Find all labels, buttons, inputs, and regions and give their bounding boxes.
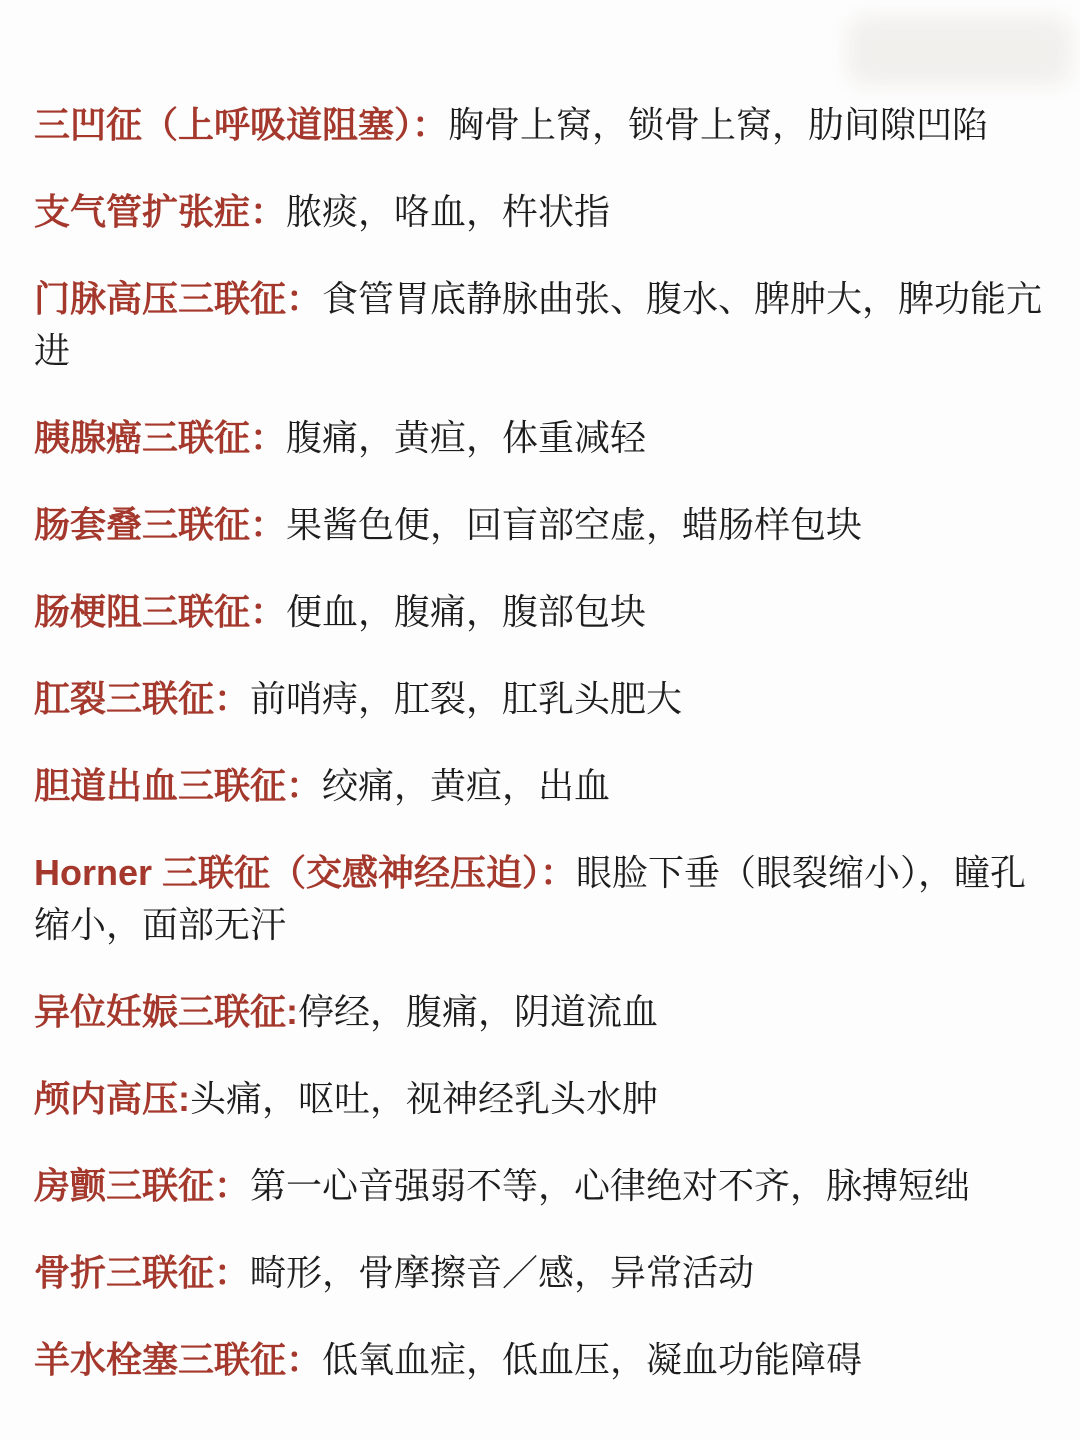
triad-term: 羊水栓塞三联征：: [34, 1339, 322, 1380]
triad-entry: 骨折三联征：畸形，骨摩擦音／感，异常活动: [34, 1247, 1062, 1299]
triad-entry: 胰腺癌三联征：腹痛，黄疸，体重减轻: [34, 412, 1062, 464]
triad-term: 三凹征（上呼吸道阻塞）：: [34, 104, 448, 145]
triad-entry: 门脉高压三联征：食管胃底静脉曲张、腹水、脾肿大，脾功能亢进: [34, 273, 1062, 377]
triad-entry: 支气管扩张症：脓痰，咯血，杵状指: [34, 186, 1062, 238]
triad-description: 畸形，骨摩擦音／感，异常活动: [250, 1252, 754, 1293]
triad-description: 便血，腹痛，腹部包块: [286, 591, 646, 632]
medical-triads-note: 三凹征（上呼吸道阻塞）：胸骨上窝，锁骨上窝，肋间隙凹陷 支气管扩张症：脓痰，咯血…: [0, 0, 1080, 1386]
triad-description: 第一心音强弱不等，心律绝对不齐，脉搏短绌: [250, 1165, 970, 1206]
triad-description: 前哨痔，肛裂，肛乳头肥大: [250, 678, 682, 719]
triad-description: 绞痛，黄疸，出血: [322, 765, 610, 806]
triad-term: 肛裂三联征：: [34, 678, 250, 719]
triad-description: 停经，腹痛，阴道流血: [298, 991, 658, 1032]
triad-entry: 异位妊娠三联征:停经，腹痛，阴道流血: [34, 986, 1062, 1038]
triad-description: 脓痰，咯血，杵状指: [286, 191, 610, 232]
triad-term: Horner 三联征（交感神经压迫）：: [34, 852, 576, 893]
triad-entry: 三凹征（上呼吸道阻塞）：胸骨上窝，锁骨上窝，肋间隙凹陷: [34, 99, 1062, 151]
triad-term: 骨折三联征：: [34, 1252, 250, 1293]
triad-description: 胸骨上窝，锁骨上窝，肋间隙凹陷: [448, 104, 988, 145]
triad-entry: 肠梗阻三联征：便血，腹痛，腹部包块: [34, 586, 1062, 638]
triad-term: 胰腺癌三联征：: [34, 417, 286, 458]
triad-entry: 肠套叠三联征：果酱色便，回盲部空虚，蜡肠样包块: [34, 499, 1062, 551]
triad-entry: 房颤三联征：第一心音强弱不等，心律绝对不齐，脉搏短绌: [34, 1160, 1062, 1212]
triad-term: 异位妊娠三联征:: [34, 991, 298, 1032]
triad-entry: 羊水栓塞三联征：低氧血症，低血压，凝血功能障碍: [34, 1334, 1062, 1386]
triad-term: 胆道出血三联征：: [34, 765, 322, 806]
triad-entry: 胆道出血三联征：绞痛，黄疸，出血: [34, 760, 1062, 812]
triad-term: 房颤三联征：: [34, 1165, 250, 1206]
triad-term: 肠套叠三联征：: [34, 504, 286, 545]
triad-description: 低氧血症，低血压，凝血功能障碍: [322, 1339, 862, 1380]
triad-term: 肠梗阻三联征：: [34, 591, 286, 632]
triad-description: 头痛，呕吐，视神经乳头水肿: [190, 1078, 658, 1119]
triad-term: 颅内高压:: [34, 1078, 190, 1119]
triad-description: 果酱色便，回盲部空虚，蜡肠样包块: [286, 504, 862, 545]
triad-term: 支气管扩张症：: [34, 191, 286, 232]
triad-term: 门脉高压三联征：: [34, 278, 322, 319]
triad-entry: 颅内高压:头痛，呕吐，视神经乳头水肿: [34, 1073, 1062, 1125]
triad-entry: 肛裂三联征：前哨痔，肛裂，肛乳头肥大: [34, 673, 1062, 725]
triad-description: 腹痛，黄疸，体重减轻: [286, 417, 646, 458]
triad-entry: Horner 三联征（交感神经压迫）：眼脸下垂（眼裂缩小），瞳孔缩小，面部无汗: [34, 847, 1062, 951]
